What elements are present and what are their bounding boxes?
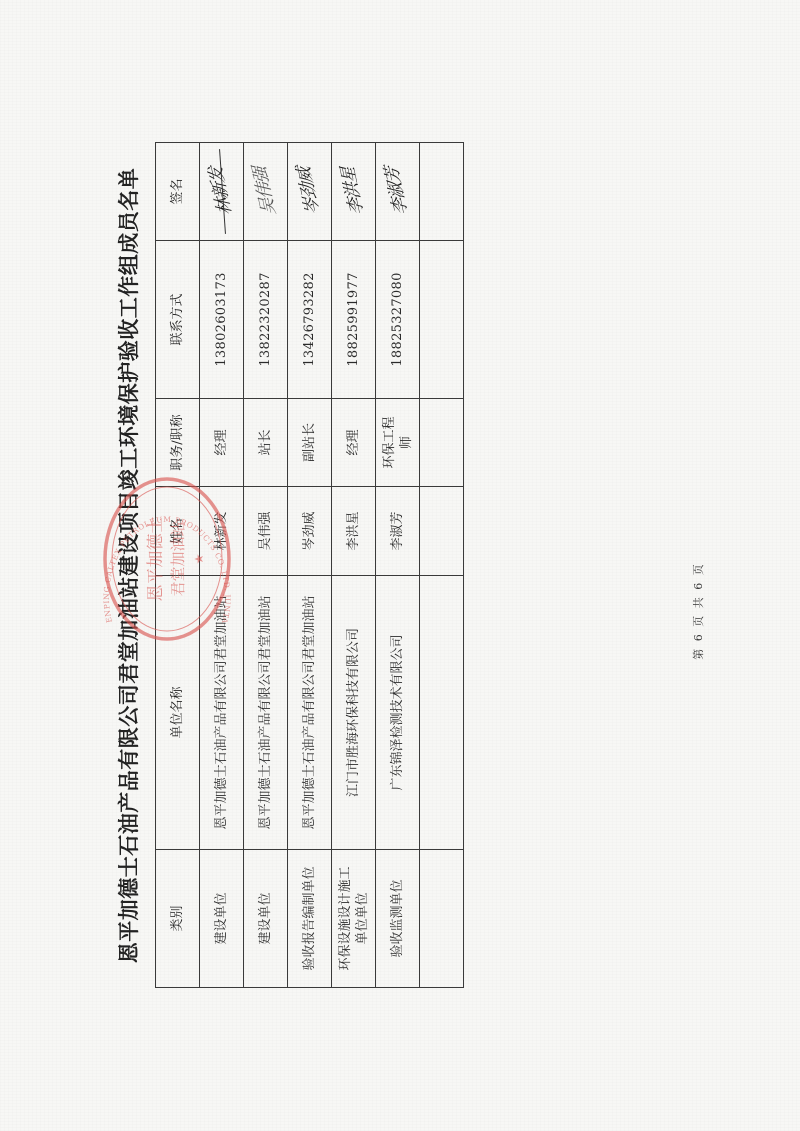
cell-name: 李淑芳	[376, 487, 420, 576]
cell-contact: 13426793282	[288, 241, 332, 399]
cell-category: 环保设施设计施工单位单位	[332, 850, 376, 988]
handwritten-signature: 岑劲威	[295, 168, 322, 215]
cell-unit: 恩平加德士石油产品有限公司君堂加油站	[288, 576, 332, 850]
cell-category	[420, 850, 464, 988]
cell-contact: 18825991977	[332, 241, 376, 399]
cell-contact	[420, 241, 464, 399]
cell-position: 副站长	[288, 399, 332, 487]
page-number: 第 6 页 共 6 页	[690, 511, 706, 711]
seal-star-icon: ★	[192, 554, 206, 565]
handwritten-signature: 李洪星	[339, 168, 366, 215]
cell-category: 验收监测单位	[376, 850, 420, 988]
table-row: 验收监测单位 广东锦泽检测技术有限公司 李淑芳 环保工程师 1882532708…	[376, 143, 420, 988]
cell-position: 环保工程师	[376, 399, 420, 487]
seal-inner-text-1: 恩平加德士	[146, 517, 166, 602]
table-row: 环保设施设计施工单位单位 江门市胜海环保科技有限公司 李洪星 经理 188259…	[332, 143, 376, 988]
company-seal-stamp: 恩平加德士 君堂加油站 ★ ENPING CALTEX PETROLEUM PR…	[92, 472, 242, 647]
position-text: 环保工程师	[381, 415, 415, 471]
cell-category: 建设单位	[244, 850, 288, 988]
cell-position: 站长	[244, 399, 288, 487]
cell-unit: 广东锦泽检测技术有限公司	[376, 576, 420, 850]
table-row: 建设单位 恩平加德士石油产品有限公司君堂加油站 吴伟强 站长 138223202…	[244, 143, 288, 988]
table-row-empty	[420, 143, 464, 988]
cell-category: 验收报告编制单位	[288, 850, 332, 988]
cell-contact: 18825327080	[376, 241, 420, 399]
cell-contact: 13802603173	[200, 241, 244, 399]
cell-unit	[420, 576, 464, 850]
header-contact: 联系方式	[156, 241, 200, 399]
handwritten-signature: 李淑芳	[383, 168, 410, 215]
handwritten-signature: 吴伟强	[251, 168, 278, 215]
cell-name: 吴伟强	[244, 487, 288, 576]
cell-unit: 江门市胜海环保科技有限公司	[332, 576, 376, 850]
cell-category: 建设单位	[200, 850, 244, 988]
cell-signature: 李洪星	[332, 143, 376, 241]
cell-position	[420, 399, 464, 487]
seal-inner-text-2: 君堂加油站	[169, 521, 187, 596]
cell-signature: 林新发	[200, 143, 244, 241]
cell-name	[420, 487, 464, 576]
cell-contact: 13822320287	[244, 241, 288, 399]
header-signature: 签名	[156, 143, 200, 241]
cell-name: 岑劲威	[288, 487, 332, 576]
cell-signature: 吴伟强	[244, 143, 288, 241]
cell-signature: 李淑芳	[376, 143, 420, 241]
header-category: 类别	[156, 850, 200, 988]
cell-signature	[420, 143, 464, 241]
cell-signature: 岑劲威	[288, 143, 332, 241]
cell-position: 经理	[332, 399, 376, 487]
cell-unit: 恩平加德士石油产品有限公司君堂加油站	[244, 576, 288, 850]
table-row: 验收报告编制单位 恩平加德士石油产品有限公司君堂加油站 岑劲威 副站长 1342…	[288, 143, 332, 988]
cell-name: 李洪星	[332, 487, 376, 576]
